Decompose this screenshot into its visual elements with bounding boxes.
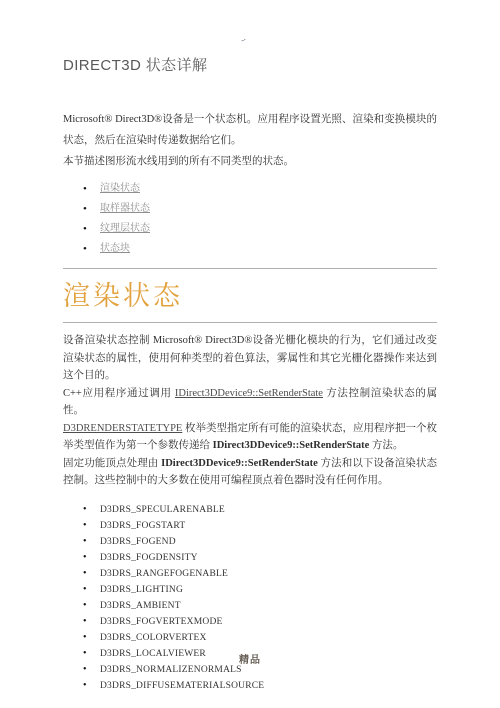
toc-list-item: 纹理层状态 [100,219,437,239]
section-paragraph-1: 设备渲染状态控制 Microsoft® Direct3D®设备光栅化模块的行为，… [63,332,437,385]
toc-link[interactable]: 状态块 [100,243,130,254]
render-state-constant-item: D3DRS_LIGHTING [100,582,437,598]
toc-list-item: 状态块 [100,239,437,259]
document-title: DIRECT3D 状态详解 [63,54,437,75]
render-state-constant-label: D3DRS_AMBIENT [100,601,181,611]
render-state-constant-item: D3DRS_AMBIENT [100,598,437,614]
section-paragraph-3: D3DRENDERSTATETYPE 枚举类型指定所有可能的渲染状态，应用程序把… [63,420,437,455]
section-heading-render-states: 渲染状态 [63,274,437,313]
setrenderstate-bold-text: IDirect3DDevice9::SetRenderState [161,458,318,469]
render-state-constant-label: D3DRS_NORMALIZENORMALS [100,665,242,675]
footer-brand-mark: 精品 [0,651,500,666]
d3drenderstatetype-link[interactable]: D3DRENDERSTATETYPE [63,423,182,434]
setrenderstate-link[interactable]: IDirect3DDevice9::SetRenderState [175,388,323,399]
render-state-description: 设备渲染状态控制 Microsoft® Direct3D®设备光栅化模块的行为，… [63,332,437,490]
render-state-constant-label: D3DRS_SPECULARENABLE [100,505,225,515]
heading-top-rule [63,268,437,269]
toc-link[interactable]: 纹理层状态 [100,223,150,234]
toc-list-item: 取样器状态 [100,199,437,219]
render-state-constant-item: D3DRS_FOGDENSITY [100,550,437,566]
section-paragraph-2: C++应用程序通过调用 IDirect3DDevice9::SetRenderS… [63,385,437,420]
render-state-constant-label: D3DRS_FOGEND [100,537,176,547]
intro-paragraph-1: Microsoft® Direct3D®设备是一个状态机。应用程序设置光照、渲染… [63,109,437,151]
paragraph-text: 固定功能顶点处理由 [63,458,161,469]
toc-list-item: 渲染状态 [100,179,437,199]
render-state-constant-item: D3DRS_FOGVERTEXMODE [100,614,437,630]
render-state-constant-label: D3DRS_LIGHTING [100,585,183,595]
render-state-constant-label: D3DRS_FOGSTART [100,521,185,531]
paragraph-text: 方法。 [369,440,403,451]
render-state-constant-label: D3DRS_COLORVERTEX [100,633,207,643]
render-state-constant-label: D3DRS_FOGDENSITY [100,553,198,563]
section-paragraph-4: 固定功能顶点处理由 IDirect3DDevice9::SetRenderSta… [63,455,437,490]
render-state-constant-label: D3DRS_DIFFUSEMATERIALSOURCE [100,681,264,691]
intro-section: Microsoft® Direct3D®设备是一个状态机。应用程序设置光照、渲染… [63,109,437,172]
toc-link[interactable]: 取样器状态 [100,203,150,214]
render-state-constant-item: D3DRS_FOGSTART [100,518,437,534]
toc-link-list: 渲染状态 取样器状态 纹理层状态 状态块 [63,179,437,259]
render-state-constant-item: D3DRS_DIFFUSEMATERIALSOURCE [100,678,437,694]
render-state-constant-item: D3DRS_COLORVERTEX [100,630,437,646]
render-state-constant-item: D3DRS_FOGEND [100,534,437,550]
render-state-constant-label: D3DRS_FOGVERTEXMODE [100,617,223,627]
heading-bottom-rule [63,322,437,323]
paragraph-text: C++应用程序通过调用 [63,388,175,399]
intro-paragraph-2: 本节描述图形流水线用到的所有不同类型的状态。 [63,151,437,172]
render-state-constant-item: D3DRS_RANGEFOGENABLE [100,566,437,582]
document-page: -· DIRECT3D 状态详解 Microsoft® Direct3D®设备是… [0,0,500,708]
render-state-constant-item: D3DRS_SPECULARENABLE [100,502,437,518]
setrenderstate-bold-text: IDirect3DDevice9::SetRenderState [213,440,370,451]
render-state-constant-label: D3DRS_RANGEFOGENABLE [100,569,228,579]
toc-link[interactable]: 渲染状态 [100,183,140,194]
page-top-mark: -· [240,35,246,47]
